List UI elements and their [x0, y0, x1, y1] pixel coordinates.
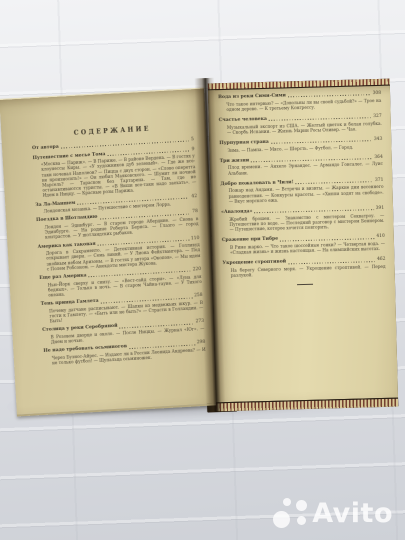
left-page-content: СОДЕРЖАНИЕ От автора5Путешествие с месье…: [31, 123, 206, 370]
toc-entry-page-number: 5: [191, 137, 194, 143]
toc-entry-page-number: 410: [376, 234, 385, 240]
toc-entry-page-number: 42: [191, 194, 197, 200]
toc-left-list: От автора5Путешествие с месье Тома9«Моск…: [32, 137, 206, 366]
toc-entry: Три жизни364Плод времени. — Анхело Эрнан…: [220, 155, 383, 176]
toc-entry-summary: «Москва — Париж». — В Париже. — В районе…: [41, 153, 197, 198]
toc-entry-page-number: 462: [377, 257, 386, 263]
avito-watermark-label: Avito: [312, 500, 393, 527]
toc-entry-title: Три жизни: [220, 158, 250, 164]
toc-entry-title: От автора: [32, 145, 59, 152]
toc-entry-page-number: 364: [374, 155, 383, 161]
toc-entry: Счастье человека327Музыкальный экспорт и…: [219, 114, 382, 135]
toc-entry-summary: Пожар над Андами. — Встречи и визиты. — …: [228, 184, 383, 204]
toc-entry-page-number: 343: [374, 137, 383, 143]
avito-watermark: Avito: [273, 498, 393, 528]
toc-entry: Америка как таковая110Дорога в Сакрамент…: [37, 236, 200, 272]
toc-right-list: Вода из реки Сими-Сими308Что такое интер…: [218, 91, 386, 278]
book-right-board: Вода из реки Сими-Сими308Что такое интер…: [208, 79, 399, 412]
toc-heading: СОДЕРЖАНИЕ: [31, 123, 193, 139]
toc-entry-page-number: 9: [191, 147, 194, 153]
toc-entry: Вода из реки Сими-Сими308Что такое интер…: [218, 91, 381, 112]
toc-entry: Пурпурная страна343Зима. — Пампа. — Мясо…: [219, 137, 382, 153]
toc-entry: Не надо требовать осьминогов298Через Буэ…: [43, 340, 206, 366]
toc-entry: Путешествие с месье Тома9«Москва — Париж…: [33, 147, 197, 199]
toc-entry-page-number: 110: [191, 236, 200, 242]
toc-entry: Укрощение строптивой462На берегу Северно…: [222, 257, 385, 278]
toc-entry-title: «Авалонда»: [221, 209, 252, 215]
toc-entry: Сражение при Тибре410В Риме жарко. — Что…: [222, 234, 385, 255]
listing-photo: СОДЕРЖАНИЕ От автора5Путешествие с месье…: [0, 0, 405, 540]
toc-entry: Добро пожаловать в Чили!371Пожар над Анд…: [220, 178, 384, 204]
toc-entry-page-number: 78: [192, 209, 198, 215]
book-right-page: Вода из реки Сими-Сими308Что такое интер…: [208, 86, 398, 403]
section-end-dash: [297, 284, 313, 285]
toc-entry-summary: Жребий брошен. — Знакомство с мистером С…: [229, 212, 384, 232]
toc-entry-page-number: 391: [376, 206, 385, 212]
toc-entry-page-number: 327: [373, 114, 382, 120]
avito-logo-icon: [273, 498, 307, 528]
toc-entry: «Авалонда»391Жребий брошен. — Знакомство…: [221, 206, 385, 232]
book-left-page: СОДЕРЖАНИЕ От автора5Путешествие с месье…: [0, 88, 222, 417]
toc-entry-page-number: 308: [373, 91, 382, 97]
right-page-content: Вода из реки Сими-Сими308Что такое интер…: [218, 91, 386, 287]
toc-entry-page-number: 371: [375, 178, 384, 184]
